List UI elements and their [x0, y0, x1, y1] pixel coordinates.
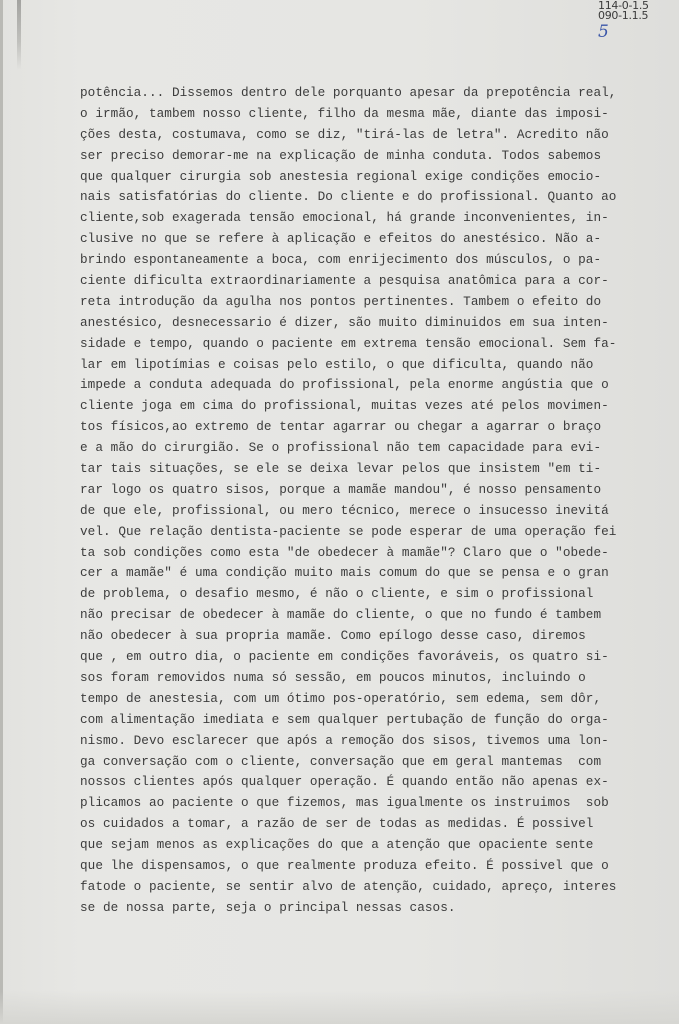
text-line: não obedecer à sua propria mamãe. Como e…: [80, 626, 679, 647]
text-line: os cuidados a tomar, a razão de ser de t…: [80, 814, 679, 835]
text-line: ser preciso demorar-me na explicação de …: [80, 146, 679, 167]
handwritten-page-number: 5: [598, 22, 609, 42]
archive-reference-codes: 114-0-1.5 090-1.1.5: [598, 1, 649, 21]
text-line: cer a mamãe" é uma condição muito mais c…: [80, 563, 679, 584]
text-line: impede a conduta adequada do profissiona…: [80, 375, 679, 396]
text-line: sidade e tempo, quando o paciente em ext…: [80, 334, 679, 355]
text-line: tar tais situações, se ele se deixa leva…: [80, 459, 679, 480]
text-line: nais satisfatórias do cliente. Do client…: [80, 187, 679, 208]
text-line: reta introdução da agulha nos pontos per…: [80, 292, 679, 313]
text-line: que lhe dispensamos, o que realmente pro…: [80, 856, 679, 877]
text-line: plicamos ao paciente o que fizemos, mas …: [80, 793, 679, 814]
text-line: tempo de anestesia, com um ótimo pos-ope…: [80, 689, 679, 710]
text-line: cliente joga em cima do profissional, mu…: [80, 396, 679, 417]
reference-code: 090-1.1.5: [598, 11, 649, 21]
text-line: e a mão do cirurgião. Se o profissional …: [80, 438, 679, 459]
text-line: de que ele, profissional, ou mero técnic…: [80, 501, 679, 522]
text-line: fatode o paciente, se sentir alvo de ate…: [80, 877, 679, 898]
text-line: que , em outro dia, o paciente em condiç…: [80, 647, 679, 668]
page-bottom-shadow: [0, 990, 679, 1024]
text-line: tos físicos,ao extremo de tentar agarrar…: [80, 417, 679, 438]
text-line: brindo espontaneamente a boca, com enrij…: [80, 250, 679, 271]
text-line: se de nossa parte, seja o principal ness…: [80, 898, 679, 919]
text-line: ções desta, costumava, como se diz, "tir…: [80, 125, 679, 146]
text-line: sos foram removidos numa só sessão, em p…: [80, 668, 679, 689]
typewritten-body-text: potência... Dissemos dentro dele porquan…: [80, 83, 679, 919]
text-line: clusive no que se refere à aplicação e e…: [80, 229, 679, 250]
text-line: que qualquer cirurgia sob anestesia regi…: [80, 167, 679, 188]
text-line: cliente,sob exagerada tensão emocional, …: [80, 208, 679, 229]
text-line: ta sob condições como esta "de obedecer …: [80, 543, 679, 564]
text-line: de problema, o desafio mesmo, é não o cl…: [80, 584, 679, 605]
text-line: com alimentação imediata e sem qualquer …: [80, 710, 679, 731]
text-line: nismo. Devo esclarecer que após a remoçã…: [80, 731, 679, 752]
text-line: que sejam menos as explicações do que a …: [80, 835, 679, 856]
text-line: lar em lipotímias e coisas pelo estilo, …: [80, 355, 679, 376]
page-left-edge: [0, 0, 3, 1024]
text-line: vel. Que relação dentista-paciente se po…: [80, 522, 679, 543]
text-line: nossos clientes após qualquer operação. …: [80, 772, 679, 793]
text-line: ga conversação com o cliente, conversaçã…: [80, 752, 679, 773]
text-line: não precisar de obedecer à mamãe do clie…: [80, 605, 679, 626]
text-line: anestésico, desnecessario é dizer, são m…: [80, 313, 679, 334]
text-line: potência... Dissemos dentro dele porquan…: [80, 83, 679, 104]
document-page: 114-0-1.5 090-1.1.5 5 potência... Dissem…: [0, 0, 679, 1024]
text-line: o irmão, tambem nosso cliente, filho da …: [80, 104, 679, 125]
text-line: rar logo os quatro sisos, porque a mamãe…: [80, 480, 679, 501]
text-line: ciente dificulta extraordinariamente a p…: [80, 271, 679, 292]
binding-crease: [17, 0, 21, 70]
